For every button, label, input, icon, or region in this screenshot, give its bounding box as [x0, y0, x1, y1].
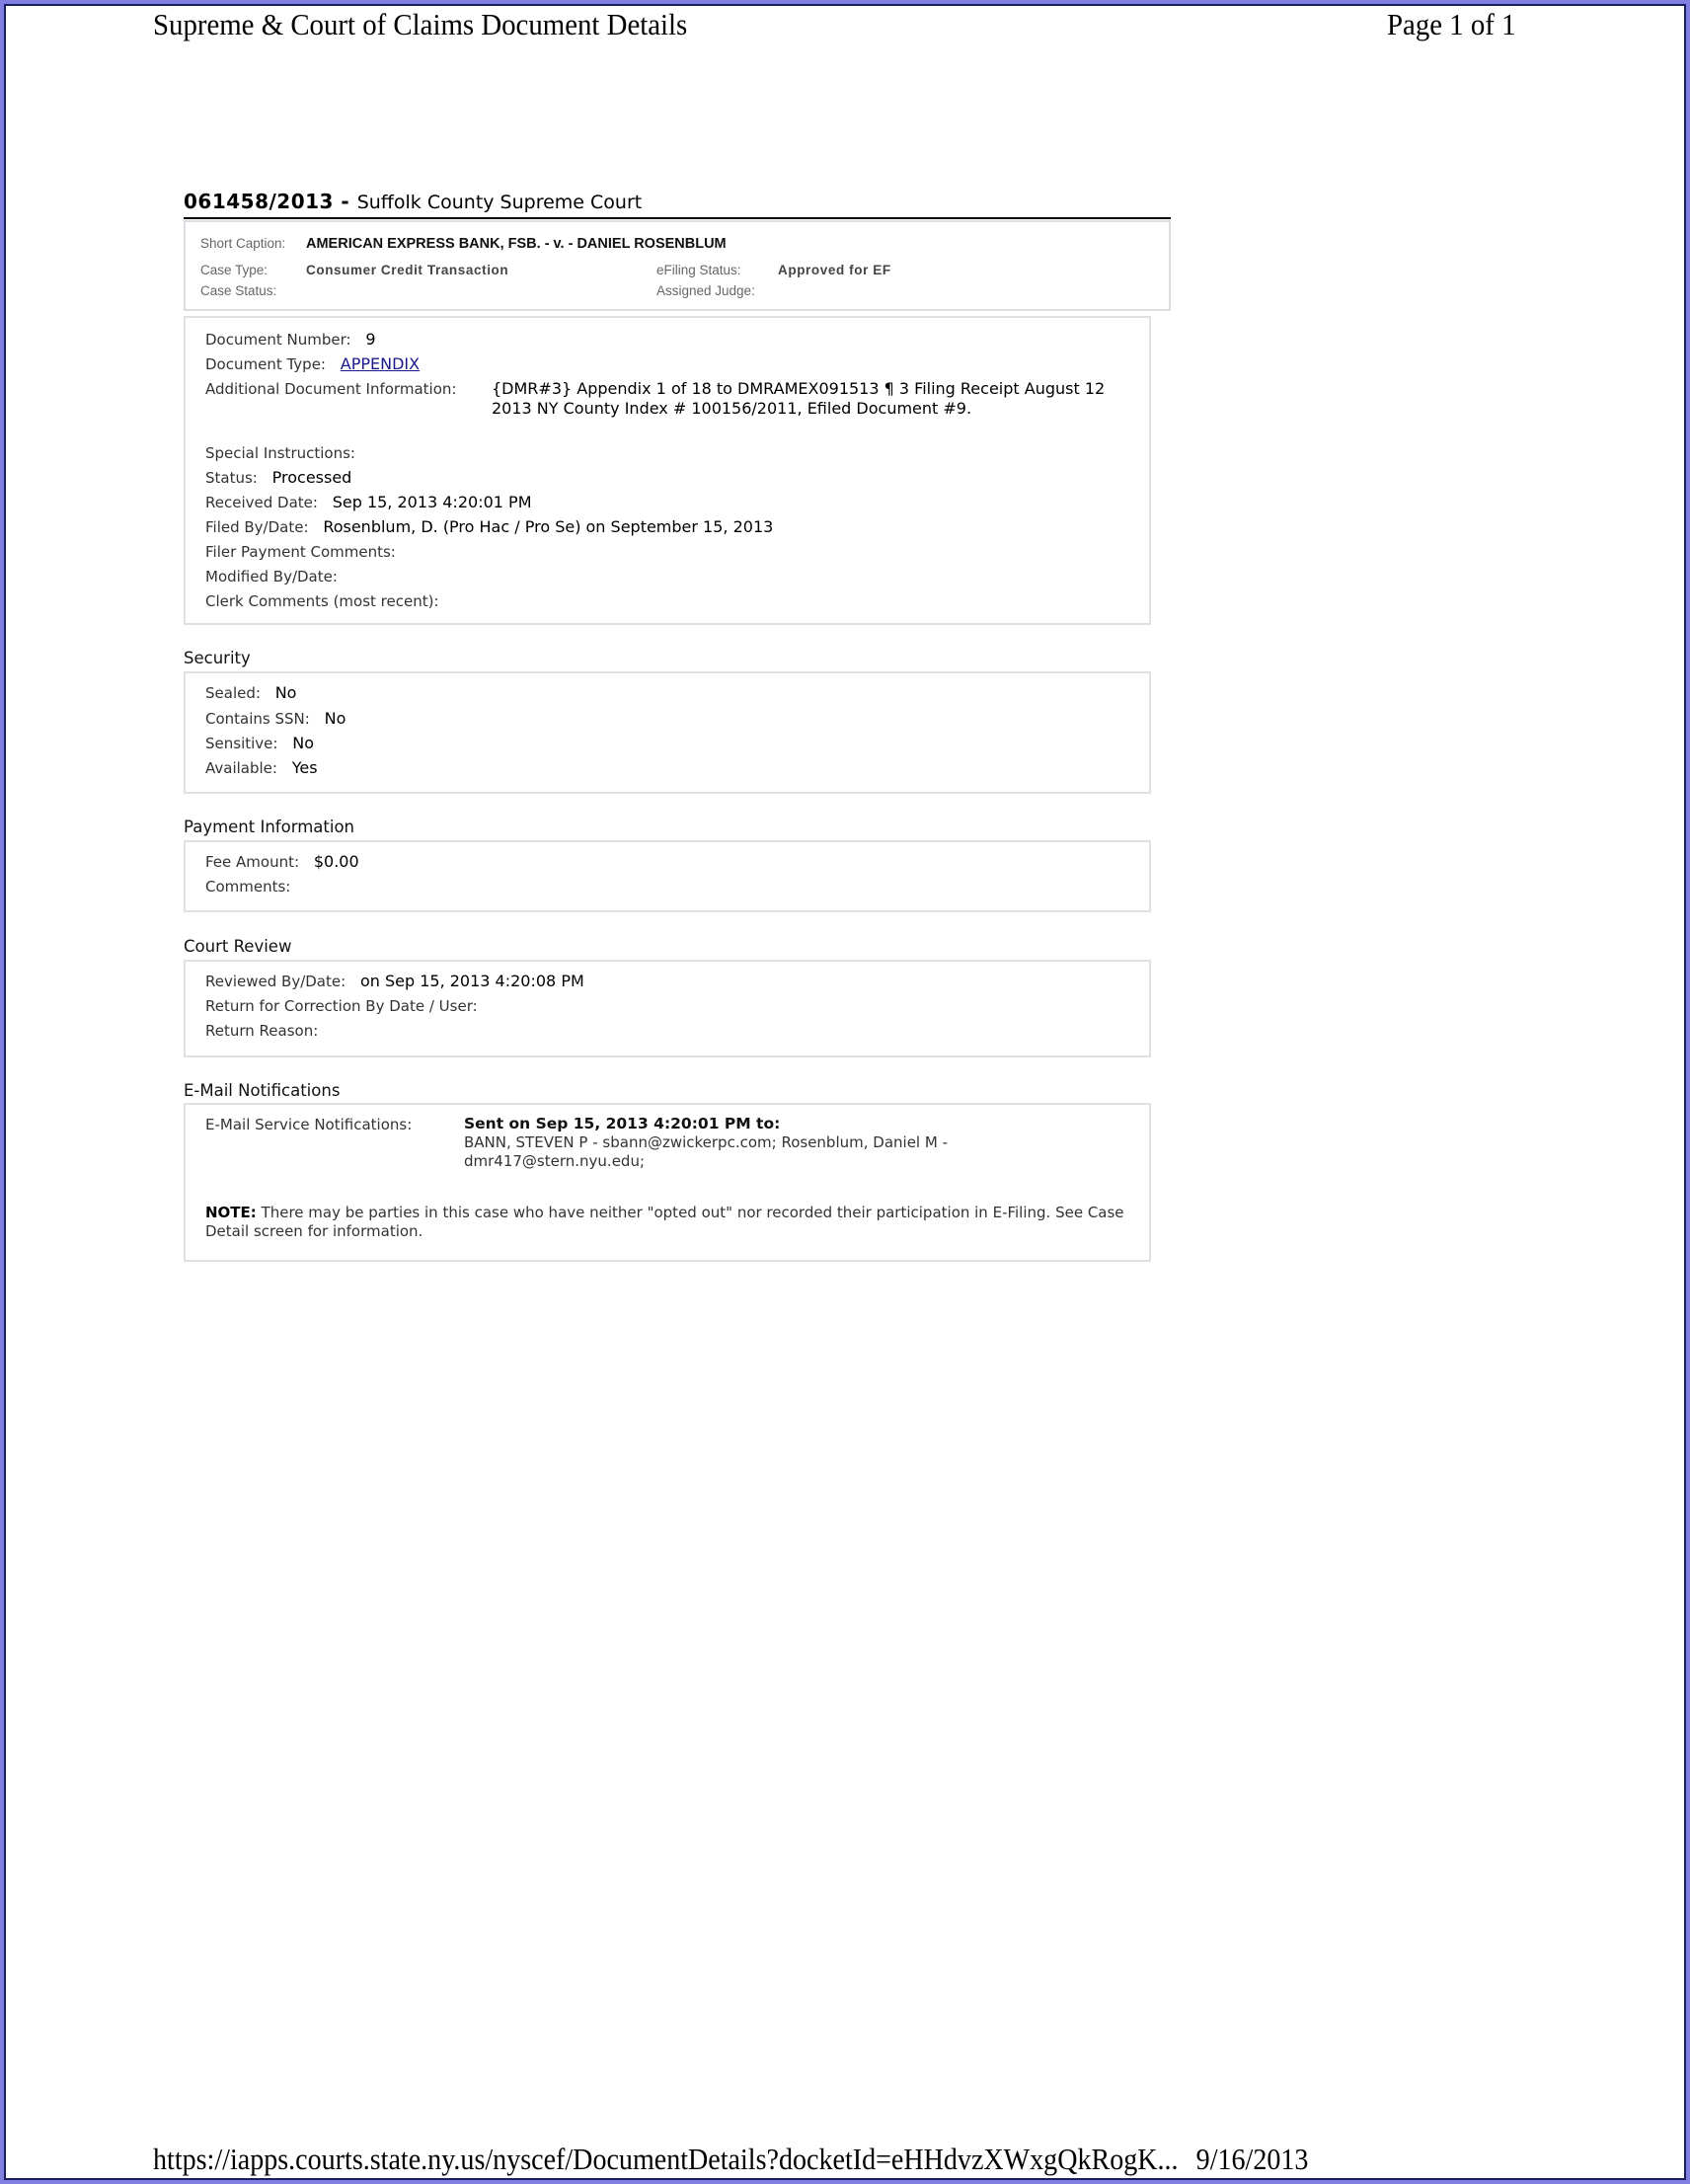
- note-text: There may be parties in this case who ha…: [205, 1204, 1124, 1240]
- return-correction-row: Return for Correction By Date / User:: [205, 996, 478, 1016]
- contains-ssn-row: Contains SSN: No: [205, 709, 346, 729]
- court-review-box: Reviewed By/Date: on Sep 15, 2013 4:20:0…: [184, 960, 1151, 1057]
- short-caption-row: Short Caption: AMERICAN EXPRESS BANK, FS…: [200, 235, 285, 253]
- print-footer-date: 9/16/2013: [1196, 2142, 1309, 2176]
- fee-amount-label: Fee Amount:: [205, 853, 299, 871]
- case-heading-separator: -: [334, 190, 357, 213]
- email-recipients-line-1: BANN, STEVEN P - sbann@zwickerpc.com; Ro…: [464, 1133, 948, 1152]
- received-date-label: Received Date:: [205, 494, 318, 511]
- payment-comments-row: Comments:: [205, 877, 290, 897]
- document-type-row: Document Type: APPENDIX: [205, 354, 420, 374]
- document-number-value: 9: [365, 330, 375, 349]
- print-header-page-number: Page 1 of 1: [1387, 6, 1516, 43]
- filed-by-row: Filed By/Date: Rosenblum, D. (Pro Hac / …: [205, 517, 773, 537]
- received-date-row: Received Date: Sep 15, 2013 4:20:01 PM: [205, 493, 532, 512]
- short-caption-value: AMERICAN EXPRESS BANK, FSB. - v. - DANIE…: [306, 235, 727, 253]
- case-index-number: 061458/2013: [184, 190, 334, 213]
- sealed-label: Sealed:: [205, 684, 261, 702]
- print-footer: https://iapps.courts.state.ny.us/nyscef/…: [153, 2141, 1308, 2178]
- case-summary-box: Short Caption: AMERICAN EXPRESS BANK, FS…: [184, 220, 1171, 311]
- return-reason-label: Return Reason:: [205, 1022, 318, 1040]
- email-box: E-Mail Service Notifications: Sent on Se…: [184, 1103, 1151, 1262]
- received-date-value: Sep 15, 2013 4:20:01 PM: [333, 493, 532, 511]
- contains-ssn-value: No: [325, 709, 346, 728]
- return-correction-label: Return for Correction By Date / User:: [205, 997, 478, 1015]
- status-row: Status: Processed: [205, 468, 351, 488]
- email-note: NOTE: There may be parties in this case …: [205, 1204, 1153, 1241]
- assigned-judge-label: Assigned Judge:: [656, 283, 755, 298]
- efiling-status-label: eFiling Status:: [656, 263, 741, 277]
- assigned-judge-row: Assigned Judge:: [656, 282, 755, 300]
- additional-info-label: Additional Document Information:: [205, 380, 456, 398]
- filed-by-label: Filed By/Date:: [205, 518, 309, 536]
- email-heading: E-Mail Notifications: [184, 1081, 340, 1101]
- available-value: Yes: [292, 758, 318, 777]
- security-box: Sealed: No Contains SSN: No Sensitive: N…: [184, 671, 1151, 794]
- email-recipients-line-2: dmr417@stern.nyu.edu;: [464, 1152, 948, 1171]
- document-type-label: Document Type:: [205, 355, 326, 373]
- clerk-comments-row: Clerk Comments (most recent):: [205, 591, 439, 611]
- print-footer-url: https://iapps.courts.state.ny.us/nyscef/…: [153, 2142, 1179, 2176]
- special-instructions-row: Special Instructions:: [205, 443, 355, 463]
- modified-by-label: Modified By/Date:: [205, 568, 338, 585]
- note-label: NOTE:: [205, 1204, 257, 1221]
- email-service-label: E-Mail Service Notifications:: [205, 1116, 412, 1133]
- document-type-link[interactable]: APPENDIX: [341, 354, 420, 373]
- contains-ssn-label: Contains SSN:: [205, 710, 310, 728]
- case-status-row: Case Status:: [200, 282, 276, 300]
- case-court: Suffolk County Supreme Court: [357, 192, 643, 213]
- payment-comments-label: Comments:: [205, 878, 290, 896]
- additional-info-value: {DMR#3} Appendix 1 of 18 to DMRAMEX09151…: [492, 379, 1123, 418]
- modified-by-row: Modified By/Date:: [205, 567, 338, 586]
- efiling-status-value: Approved for EF: [778, 262, 891, 279]
- filer-payment-comments-label: Filer Payment Comments:: [205, 543, 396, 561]
- sensitive-label: Sensitive:: [205, 735, 277, 752]
- email-sent-line: Sent on Sep 15, 2013 4:20:01 PM to:: [464, 1115, 948, 1133]
- filer-payment-comments-row: Filer Payment Comments:: [205, 542, 396, 562]
- short-caption-label: Short Caption:: [200, 236, 285, 251]
- reviewed-by-row: Reviewed By/Date: on Sep 15, 2013 4:20:0…: [205, 972, 584, 991]
- document-number-row: Document Number: 9: [205, 330, 376, 350]
- sensitive-row: Sensitive: No: [205, 734, 314, 753]
- case-type-label: Case Type:: [200, 263, 268, 277]
- sensitive-value: No: [292, 734, 314, 752]
- available-label: Available:: [205, 759, 277, 777]
- fee-amount-row: Fee Amount: $0.00: [205, 852, 359, 872]
- reviewed-by-value: on Sep 15, 2013 4:20:08 PM: [360, 972, 584, 990]
- efiling-status-row: eFiling Status: Approved for EF: [656, 262, 741, 279]
- clerk-comments-label: Clerk Comments (most recent):: [205, 592, 439, 610]
- payment-heading: Payment Information: [184, 818, 354, 837]
- email-service-value: Sent on Sep 15, 2013 4:20:01 PM to: BANN…: [464, 1115, 948, 1171]
- filed-by-value: Rosenblum, D. (Pro Hac / Pro Se) on Sept…: [323, 517, 773, 536]
- print-header-title: Supreme & Court of Claims Document Detai…: [153, 6, 687, 43]
- available-row: Available: Yes: [205, 758, 318, 778]
- status-label: Status:: [205, 469, 258, 487]
- sealed-value: No: [275, 683, 297, 702]
- security-heading: Security: [184, 649, 251, 668]
- additional-info-row: Additional Document Information:: [205, 379, 456, 399]
- document-number-label: Document Number:: [205, 331, 351, 349]
- document-details-box: Document Number: 9 Document Type: APPEND…: [184, 316, 1151, 625]
- return-reason-row: Return Reason:: [205, 1021, 318, 1041]
- sealed-row: Sealed: No: [205, 683, 296, 703]
- case-heading: 061458/2013 - Suffolk County Supreme Cou…: [184, 188, 1171, 219]
- fee-amount-value: $0.00: [314, 852, 359, 871]
- court-review-heading: Court Review: [184, 937, 291, 957]
- reviewed-by-label: Reviewed By/Date:: [205, 973, 346, 990]
- case-type-row: Case Type: Consumer Credit Transaction: [200, 262, 268, 279]
- case-type-value: Consumer Credit Transaction: [306, 262, 508, 279]
- email-service-row: E-Mail Service Notifications: Sent on Se…: [205, 1115, 412, 1134]
- payment-box: Fee Amount: $0.00 Comments:: [184, 840, 1151, 912]
- case-status-label: Case Status:: [200, 283, 276, 298]
- status-value: Processed: [272, 468, 352, 487]
- special-instructions-label: Special Instructions:: [205, 444, 355, 462]
